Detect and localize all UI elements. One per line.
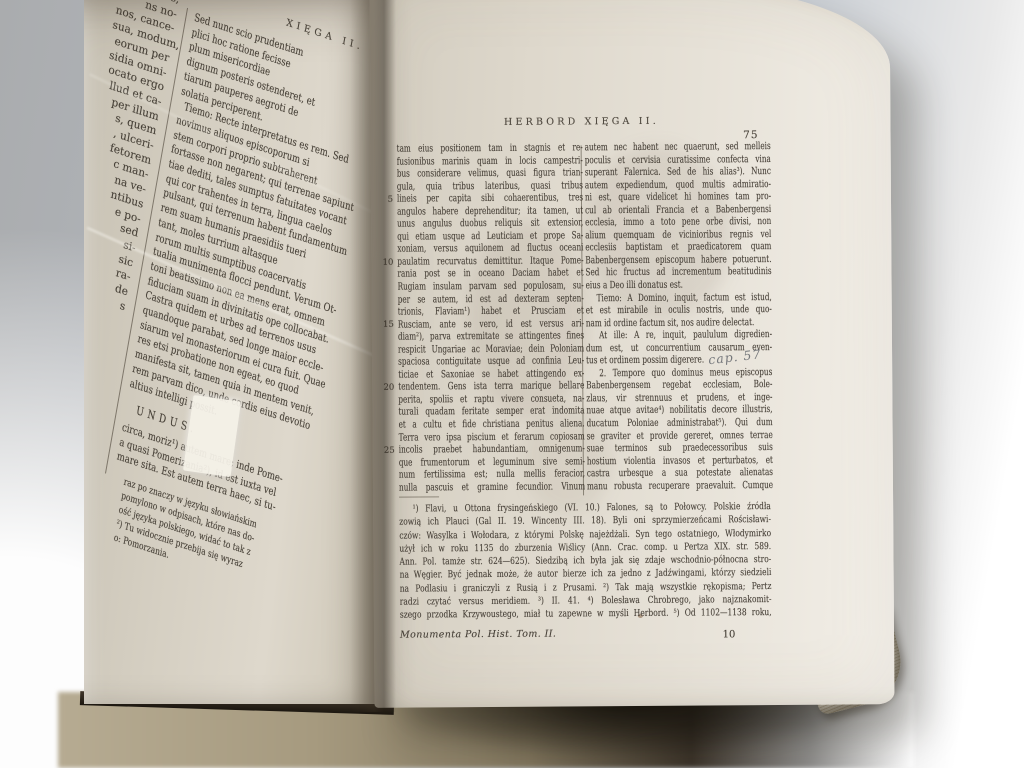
text-line: bus considerare velimus, quasi figura tr… bbox=[397, 167, 583, 181]
volume-footer: Monumenta Pol. Hist. Tom. II. bbox=[400, 629, 556, 641]
running-head: HERBORD XIĘGA II. bbox=[390, 115, 772, 129]
text-line: ni est, quare videlicet hi homines tam p… bbox=[585, 191, 771, 205]
footnote-separator bbox=[399, 496, 439, 497]
line-number: 15 bbox=[376, 320, 394, 330]
text-line: ecclesiis baptistam et praedicatorem qua… bbox=[585, 241, 771, 255]
text-line: num fertilissima est; nulla mellis ferac… bbox=[399, 469, 585, 483]
text-line: manu robusta recuperare praevaluit. Cumq… bbox=[587, 480, 773, 494]
text-line: xoniam, versus aquilonem ad fluctus ocea… bbox=[397, 243, 583, 257]
text-line: castra urbesque a sua potestate alienata… bbox=[587, 467, 773, 481]
left-page-content: XIĘGA II. dos,ns no-nos, cance-sua, modu… bbox=[122, 0, 380, 77]
text-line: Rugiam insulam parvam sed populosam, su- bbox=[398, 280, 584, 294]
text-line: spaciosa contiguitate usque ad confinia … bbox=[398, 356, 584, 370]
book-photo: XIĘGA II. dos,ns no-nos, cance-sua, modu… bbox=[0, 0, 1024, 768]
text-line: ducatum Poloniae administrabat⁵). Qui du… bbox=[587, 417, 773, 431]
text-line: superant Falernica. Sed de his alias³). … bbox=[585, 166, 771, 180]
text-line: tendentem. Gens ista terra marique bella… bbox=[398, 381, 584, 395]
text-line: suae terminos sub praedecessoribus suis bbox=[587, 442, 773, 456]
page-number: 75 bbox=[700, 129, 758, 141]
text-column-right: autem nec habent nec quaerunt, sed melle… bbox=[585, 141, 774, 494]
footnote-line: szego przodka Krzywoustego, miał tu zape… bbox=[400, 606, 772, 622]
footnotes: ¹) Flavi, u Ottona frysingeńskiego (VI. … bbox=[399, 500, 772, 622]
text-line: et est mirabile in oculis nostris, unde … bbox=[586, 304, 772, 318]
text-line: Babenbergensem regebat ecclesiam, Bole- bbox=[586, 379, 772, 393]
right-page: HERBORD XIĘGA II. 75 510152025 tam eius … bbox=[369, 0, 894, 708]
text-line: lineis per capita sibi cohaerentibus, tr… bbox=[397, 193, 583, 207]
line-number: 10 bbox=[375, 258, 393, 268]
left-page: XIĘGA II. dos,ns no-nos, cance-sua, modu… bbox=[84, 0, 380, 704]
main-column-lines: Sed nunc scio prudentiamplici hoc ration… bbox=[129, 11, 380, 458]
line-number: 5 bbox=[375, 195, 393, 205]
text-line: incolis praebet habundantiam, omnigenum- bbox=[399, 443, 585, 457]
line-number: 25 bbox=[377, 446, 395, 456]
text-line: diam²), parva extremitate se attingentes… bbox=[398, 331, 584, 345]
text-line: At ille: A re, inquit, paululum digredie… bbox=[586, 329, 772, 343]
text-line: autem nec habent nec quaerunt, sed melle… bbox=[585, 141, 771, 155]
text-line: unus angulus duobus reliquis sit extensi… bbox=[397, 218, 583, 232]
line-number: 20 bbox=[376, 383, 394, 393]
text-line: Sed hic fructus ad incrementum beatitudi… bbox=[585, 266, 771, 280]
text-column-left: tam eius positionem tam in stagnis et re… bbox=[397, 142, 586, 495]
text-line: ecclesia, immo a toto pene orbe divisi, … bbox=[585, 216, 771, 230]
text-line: et a cultu et fide christiana penitus al… bbox=[399, 418, 585, 432]
text-line: trionis, Flaviam¹) habet et Prusciam et bbox=[398, 305, 584, 319]
sheet-signature: 10 bbox=[704, 629, 754, 640]
text-line: nulla pascuis et gramine fecundior. Vinu… bbox=[399, 481, 585, 495]
text-line: tam eius positionem tam in stagnis et re… bbox=[397, 142, 583, 156]
